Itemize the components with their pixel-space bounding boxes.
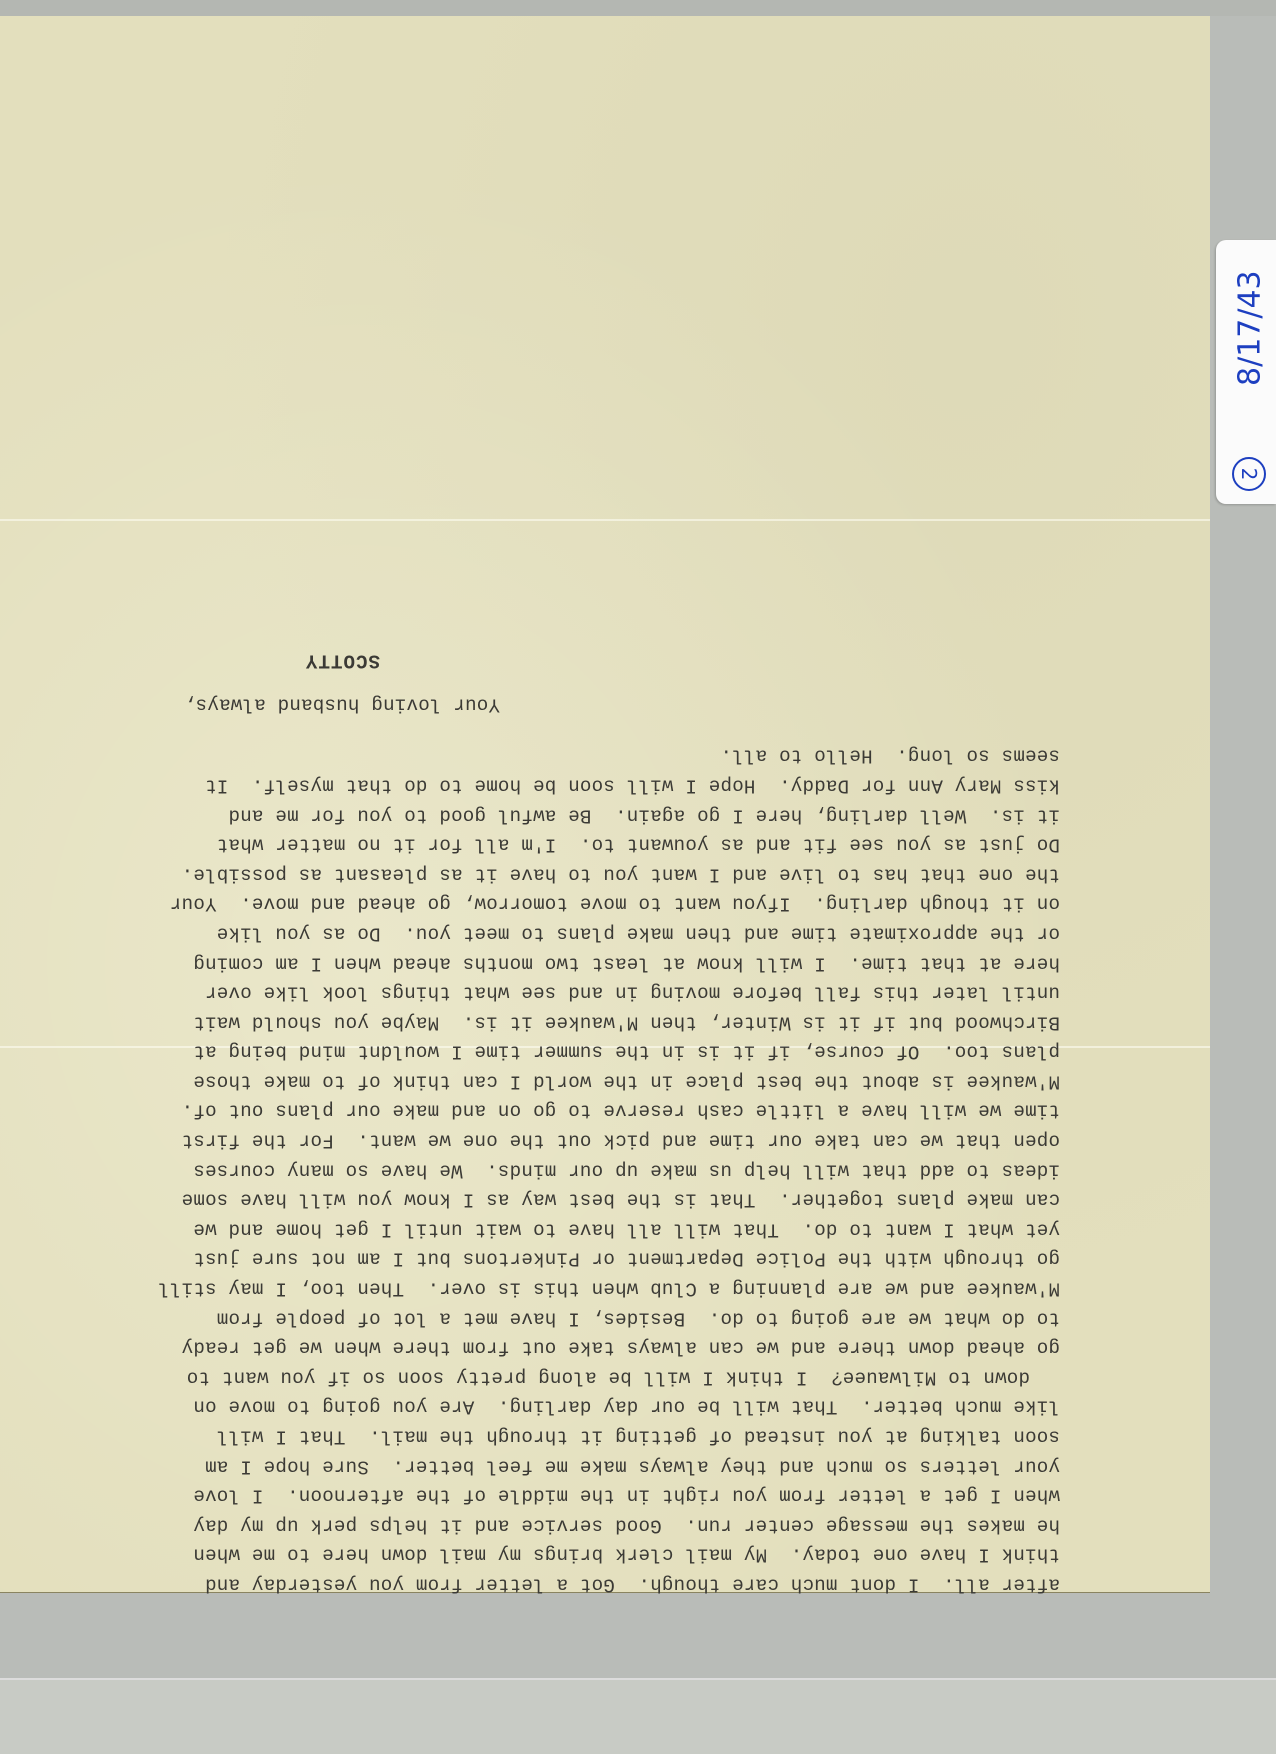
letter-line: or the approximate time and then make pl… — [92, 918, 1060, 948]
letter-line: soon talking at you instead of getting i… — [92, 1421, 1060, 1451]
letter-line: plans too. Of course, if it is in the su… — [92, 1036, 1060, 1066]
fold-line — [0, 519, 1210, 521]
letter-line: go through with the Police Department or… — [92, 1243, 1060, 1273]
letter-line: he makes the message center run. Good se… — [92, 1510, 1060, 1540]
letter-line: yet what I want to do. That will all hav… — [92, 1214, 1060, 1244]
letter-body: after all. I dont much care though. Got … — [92, 645, 1060, 1598]
letter-line: Do just as you see fit and as youwant to… — [92, 829, 1060, 859]
scanner-bed-top — [0, 0, 1276, 16]
letter-line: down to Milwauee? I think I will be alon… — [92, 1362, 1060, 1392]
letter-line: M'waukee is about the best place in the … — [92, 1066, 1060, 1096]
archive-label-page-number: 2 — [1232, 457, 1266, 491]
letter-line: seems so long. Hello to all. — [92, 740, 1060, 770]
letter-line: Birchwood but if it is Winter, then M'wa… — [92, 1007, 1060, 1037]
letter-line: like much better. That will be our day d… — [92, 1391, 1060, 1421]
letter-line: open that we can take our time and pick … — [92, 1125, 1060, 1155]
letter-line: kiss Mary Ann for Daddy. Hope I will soo… — [92, 770, 1060, 800]
letter-line: until later this fall before moving in a… — [92, 977, 1060, 1007]
letter-line: here at that time. I will know at least … — [92, 947, 1060, 977]
letter-line: go ahead down there and we can always ta… — [92, 1332, 1060, 1362]
letter-line: the one that has to live and I want you … — [92, 859, 1060, 889]
letter-line: time we will have a little cash reserve … — [92, 1095, 1060, 1125]
letter-line: when I get a letter from you right in th… — [92, 1480, 1060, 1510]
letter-line: your letters so much and they always mak… — [92, 1450, 1060, 1480]
scanner-bed-bottom — [0, 1678, 1276, 1754]
archive-label-date: 8/17/43 — [1226, 268, 1274, 388]
letter-signature: SCOTTY — [92, 645, 1060, 675]
letter-closing: Your loving husband always, — [92, 689, 1060, 719]
letter-line: ideas to add that will help us make up o… — [92, 1155, 1060, 1185]
letter-line: think I have one today. My mail clerk br… — [92, 1539, 1060, 1569]
letter-line: to do what we are going to do. Besides, … — [92, 1302, 1060, 1332]
letter-line: can make plans together. That is the bes… — [92, 1184, 1060, 1214]
letter-line: it is. Well darling, here I go again. Be… — [92, 799, 1060, 829]
letter-line: M'waukee and we are planning a Club when… — [92, 1273, 1060, 1303]
letter-line: on it though darling. Ifyou want to move… — [92, 888, 1060, 918]
letter-line: after all. I dont much care though. Got … — [92, 1569, 1060, 1599]
